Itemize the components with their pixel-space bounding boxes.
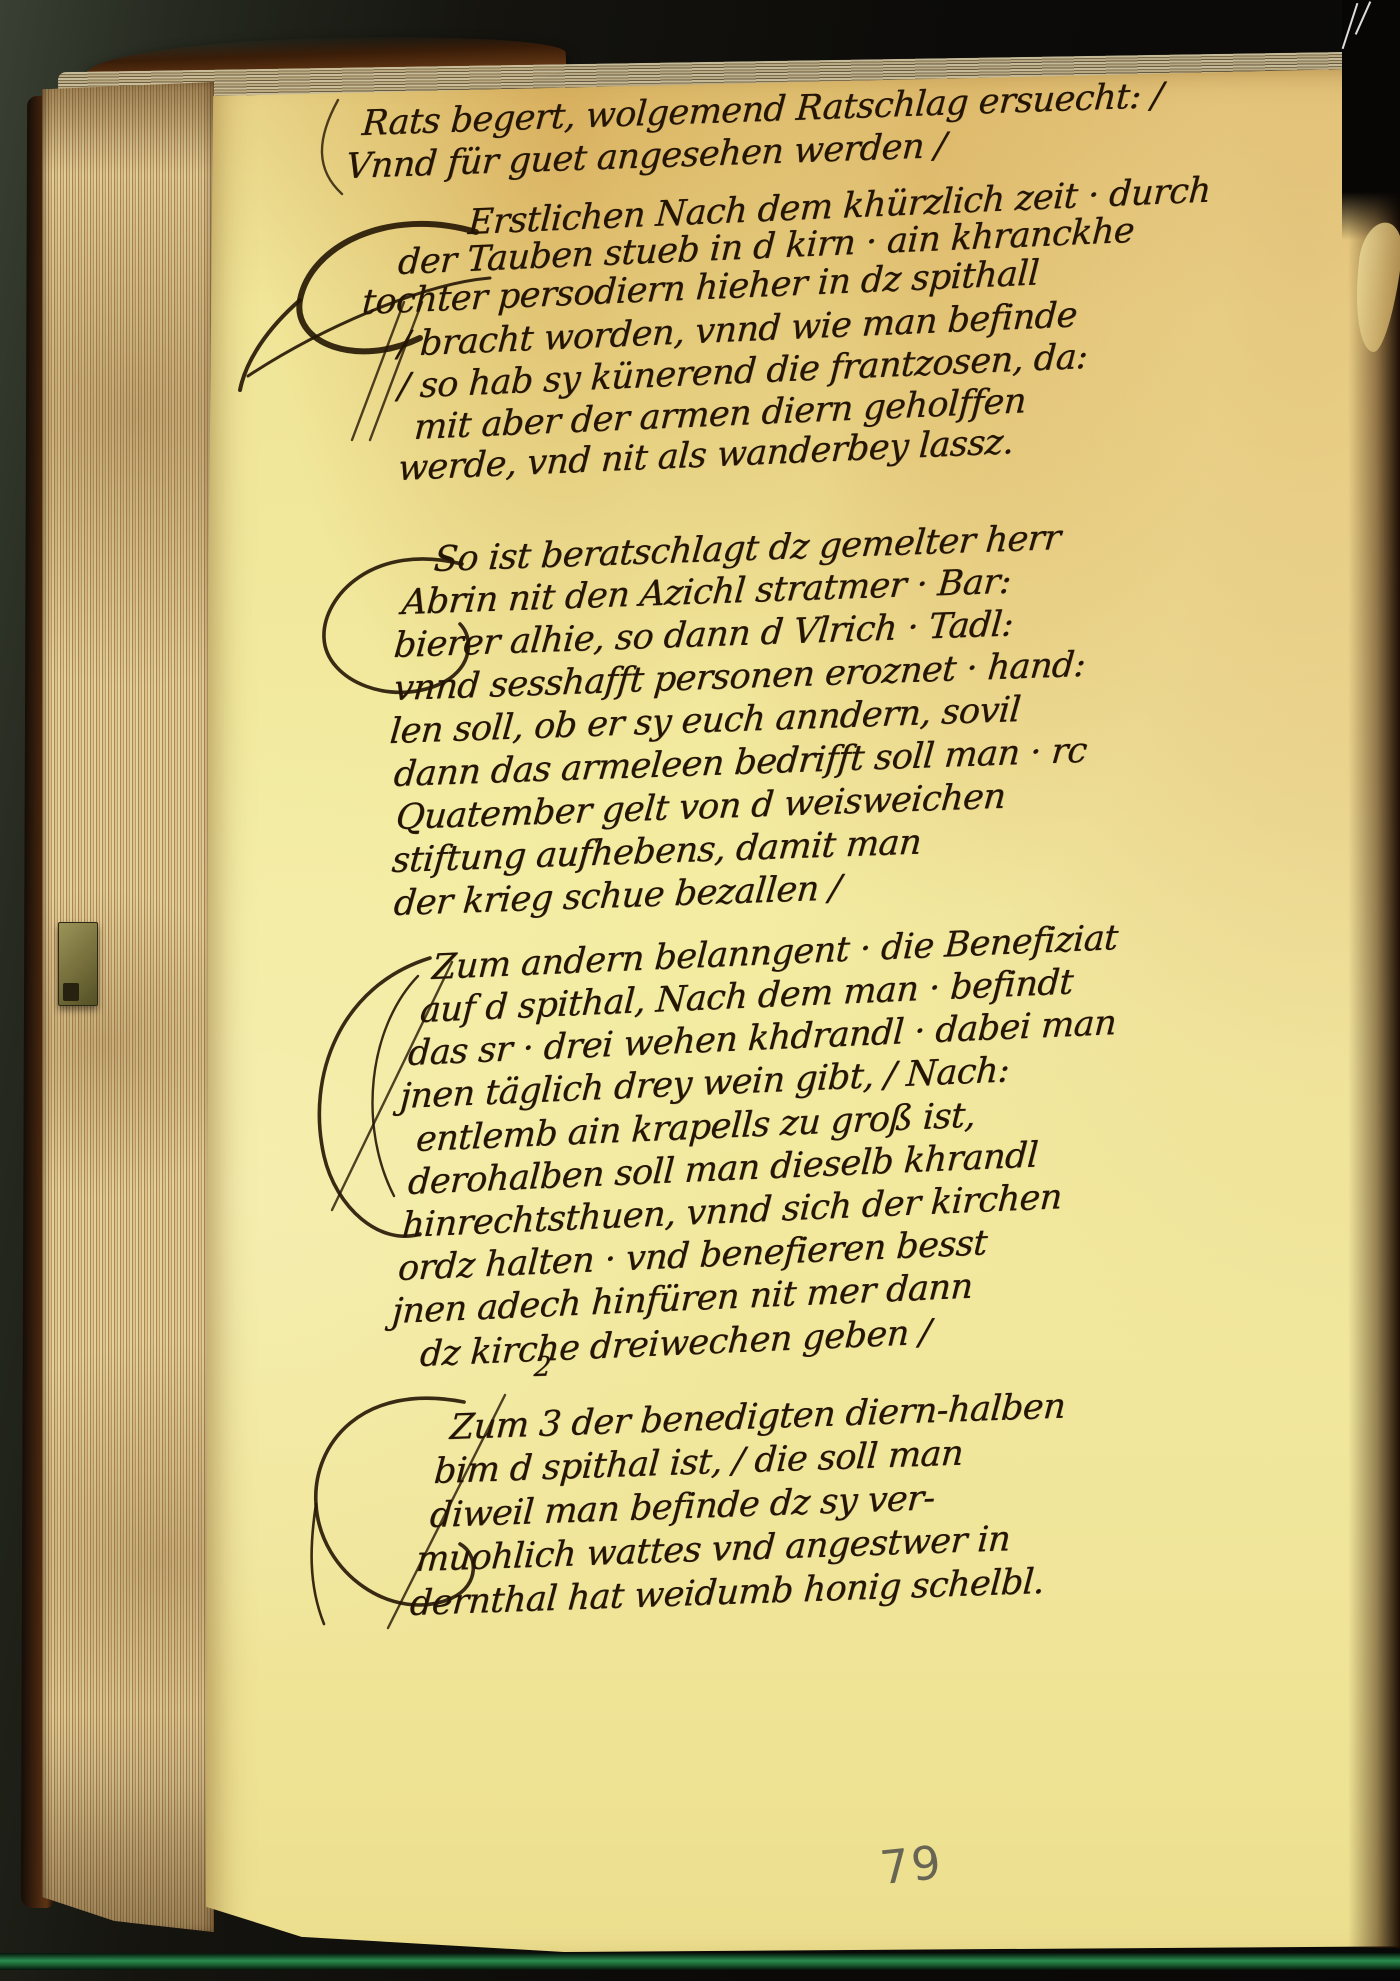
paragraph-marker: 2 (533, 1351, 552, 1383)
manuscript-photo: Rats begert, wolgemend Ratschlag ersuech… (0, 0, 1400, 1981)
top-right-background (1342, 0, 1400, 240)
page-number: 79 (877, 1835, 945, 1895)
book-clasp (58, 922, 98, 1006)
fore-edge-pages (42, 82, 214, 1932)
green-table-strip (0, 1953, 1400, 1970)
